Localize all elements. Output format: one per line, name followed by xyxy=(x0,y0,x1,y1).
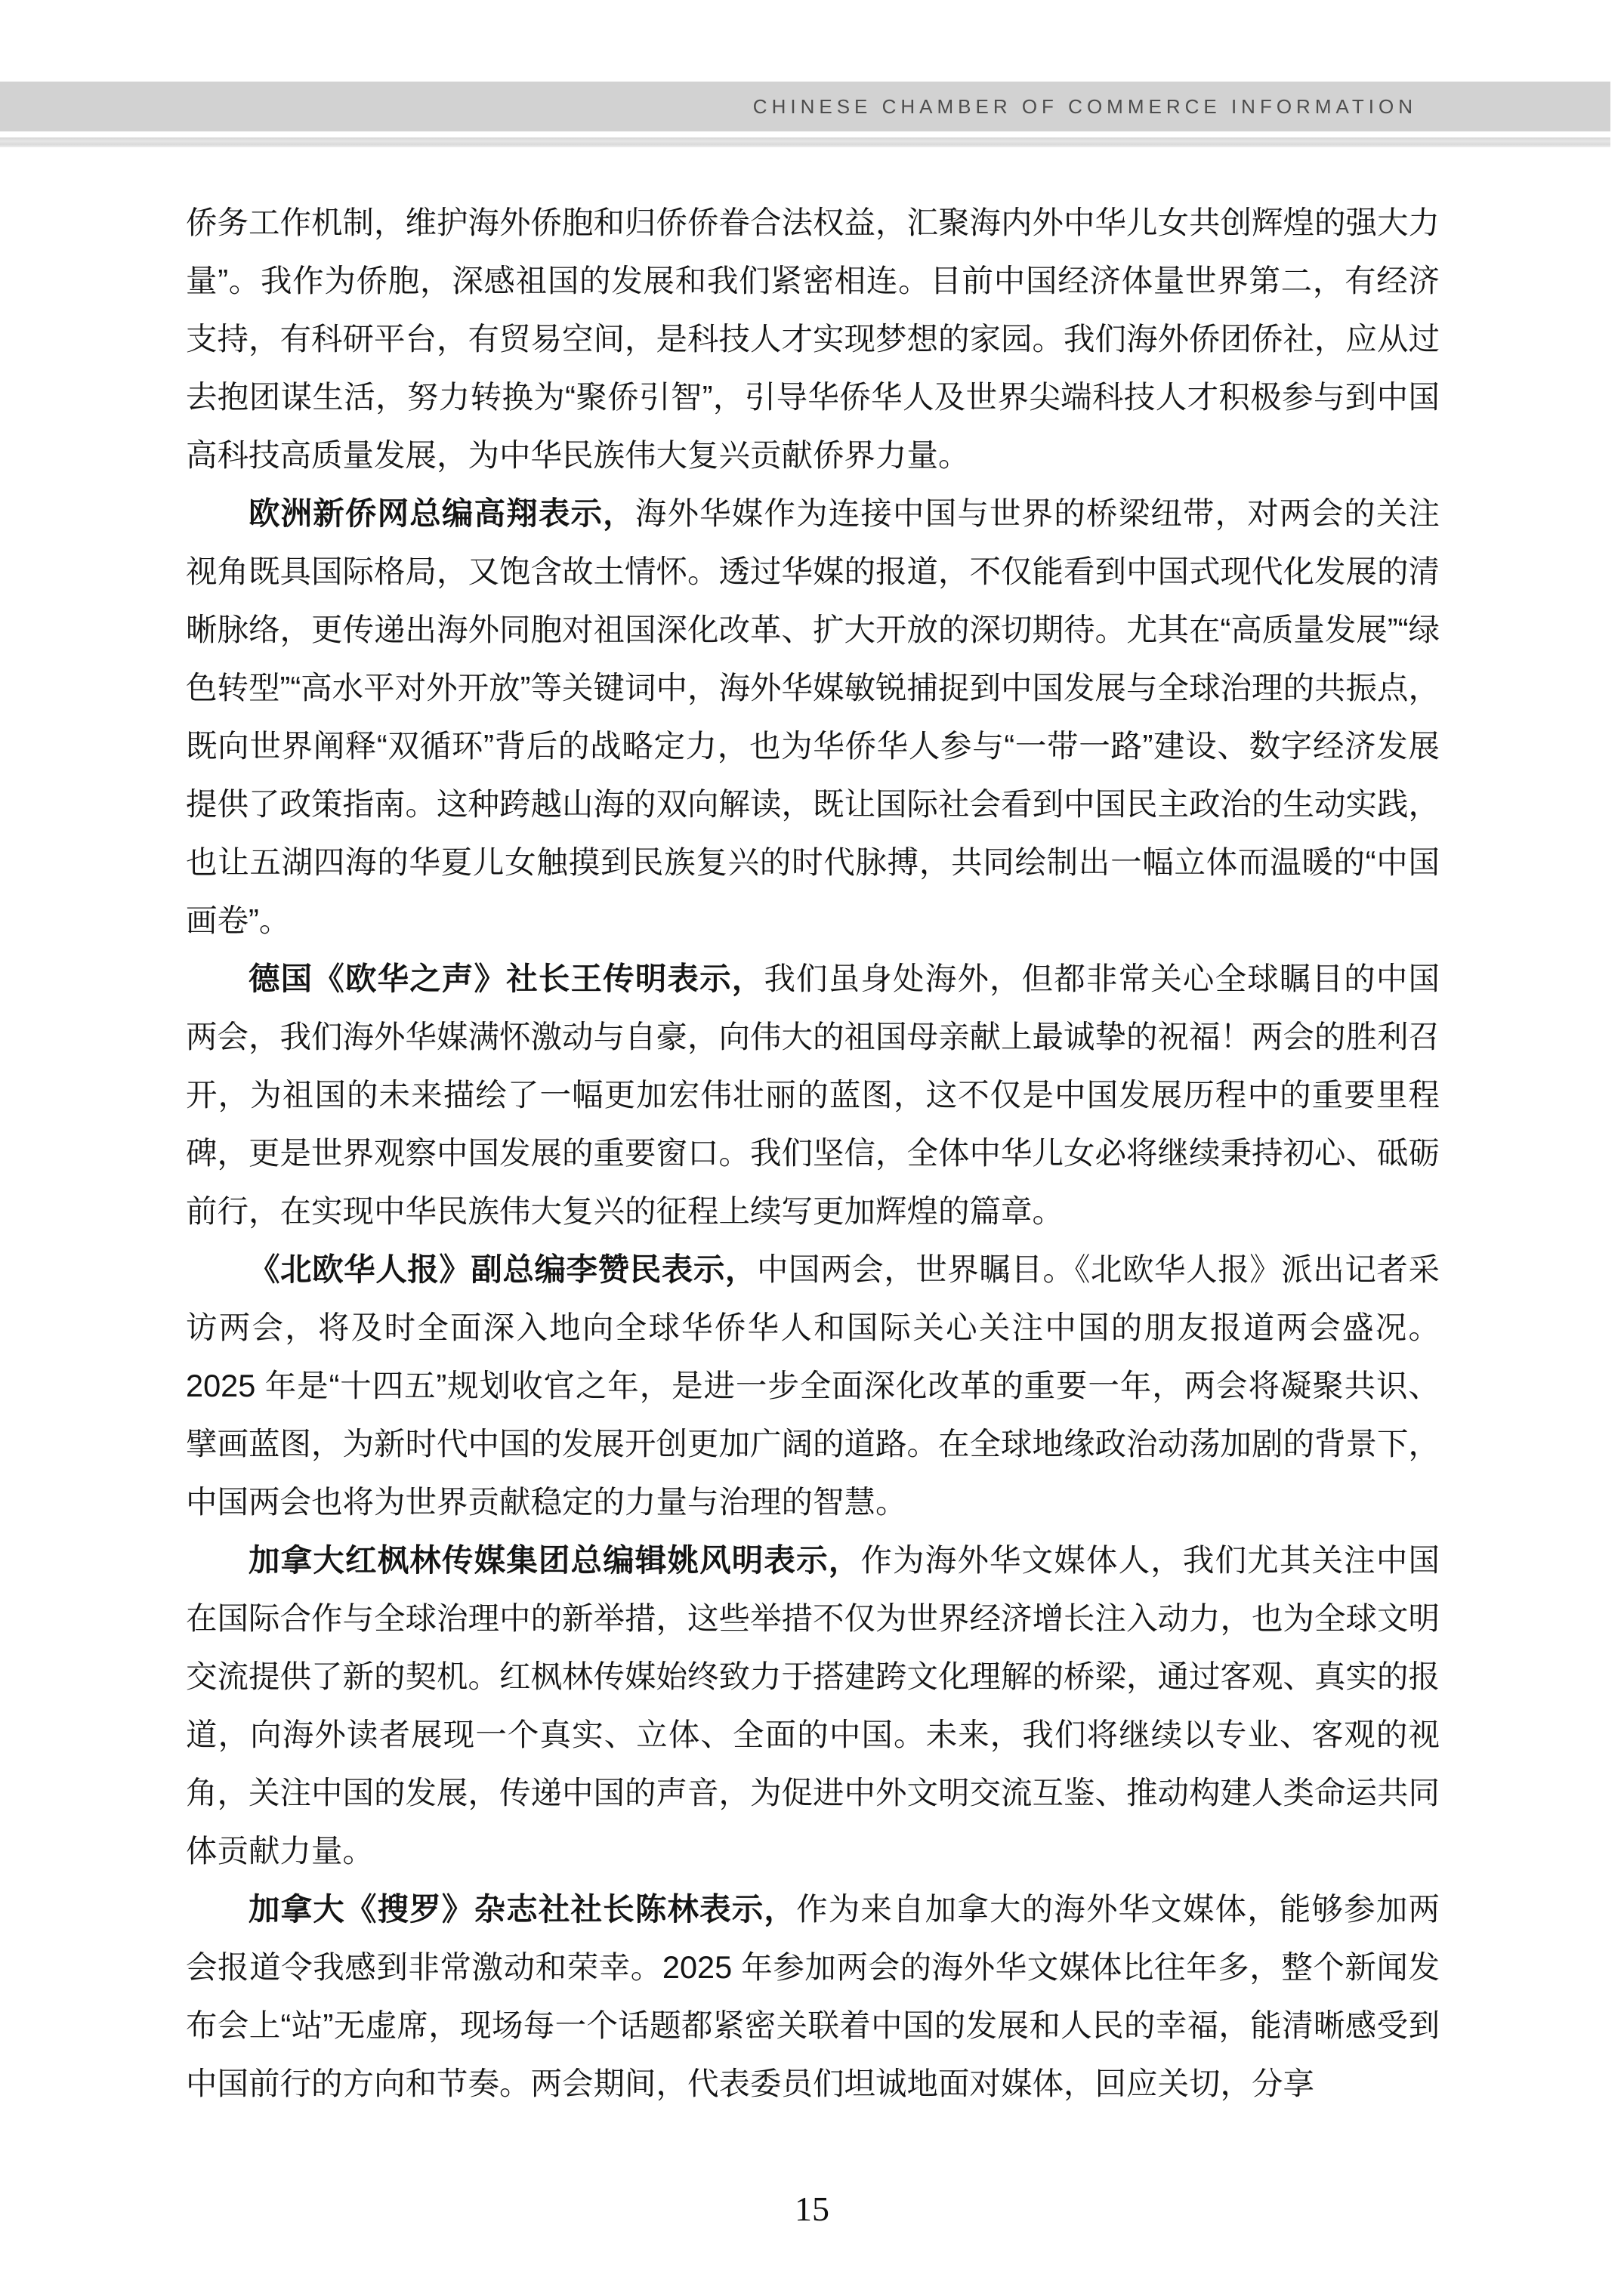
paragraph-text: 作为海外华文媒体人，我们尤其关注中国在国际合作与全球治理中的新举措，这些举措不仅… xyxy=(186,1542,1440,1869)
paragraph-text: 海外华媒作为连接中国与世界的桥梁纽带，对两会的关注视角既具国际格局，又饱含故土情… xyxy=(186,495,1440,938)
paragraph: 德国《欧华之声》社长王传明表示，我们虽身处海外，但都非常关心全球瞩目的中国两会，… xyxy=(186,949,1440,1240)
speaker-attribution: 《北欧华人报》副总编李赞民表示， xyxy=(249,1251,757,1287)
paragraph: 加拿大《搜罗》杂志社社长陈林表示，作为来自加拿大的海外华文媒体，能够参加两会报道… xyxy=(186,1880,1440,2112)
paragraph: 加拿大红枫林传媒集团总编辑姚风明表示，作为海外华文媒体人，我们尤其关注中国在国际… xyxy=(186,1531,1440,1880)
paragraph: 侨务工作机制，维护海外侨胞和归侨侨眷合法权益，汇聚海内外中华儿女共创辉煌的强大力… xyxy=(186,193,1440,484)
paragraph-text: 中国两会，世界瞩目。《北欧华人报》派出记者采访两会，将及时全面深入地向全球华侨华… xyxy=(186,1251,1440,1520)
article-body: 侨务工作机制，维护海外侨胞和归侨侨眷合法权益，汇聚海内外中华儿女共创辉煌的强大力… xyxy=(186,193,1440,2112)
speaker-attribution: 加拿大红枫林传媒集团总编辑姚风明表示， xyxy=(249,1542,860,1578)
speaker-attribution: 加拿大《搜罗》杂志社社长陈林表示， xyxy=(249,1891,796,1927)
document-page: CHINESE CHAMBER OF COMMERCE INFORMATION … xyxy=(0,0,1624,2293)
paragraph: 《北欧华人报》副总编李赞民表示，中国两会，世界瞩目。《北欧华人报》派出记者采访两… xyxy=(186,1240,1440,1531)
paragraph-text: 侨务工作机制，维护海外侨胞和归侨侨眷合法权益，汇聚海内外中华儿女共创辉煌的强大力… xyxy=(186,205,1440,473)
header-divider-strip xyxy=(0,137,1610,147)
speaker-attribution: 欧洲新侨网总编高翔表示， xyxy=(249,495,635,531)
header-band: CHINESE CHAMBER OF COMMERCE INFORMATION xyxy=(0,82,1610,131)
page-number: 15 xyxy=(0,2189,1624,2229)
paragraph: 欧洲新侨网总编高翔表示，海外华媒作为连接中国与世界的桥梁纽带，对两会的关注视角既… xyxy=(186,484,1440,949)
paragraph-text: 我们虽身处海外，但都非常关心全球瞩目的中国两会，我们海外华媒满怀激动与自豪，向伟… xyxy=(186,961,1440,1229)
header-title: CHINESE CHAMBER OF COMMERCE INFORMATION xyxy=(753,95,1417,119)
speaker-attribution: 德国《欧华之声》社长王传明表示， xyxy=(249,961,764,996)
